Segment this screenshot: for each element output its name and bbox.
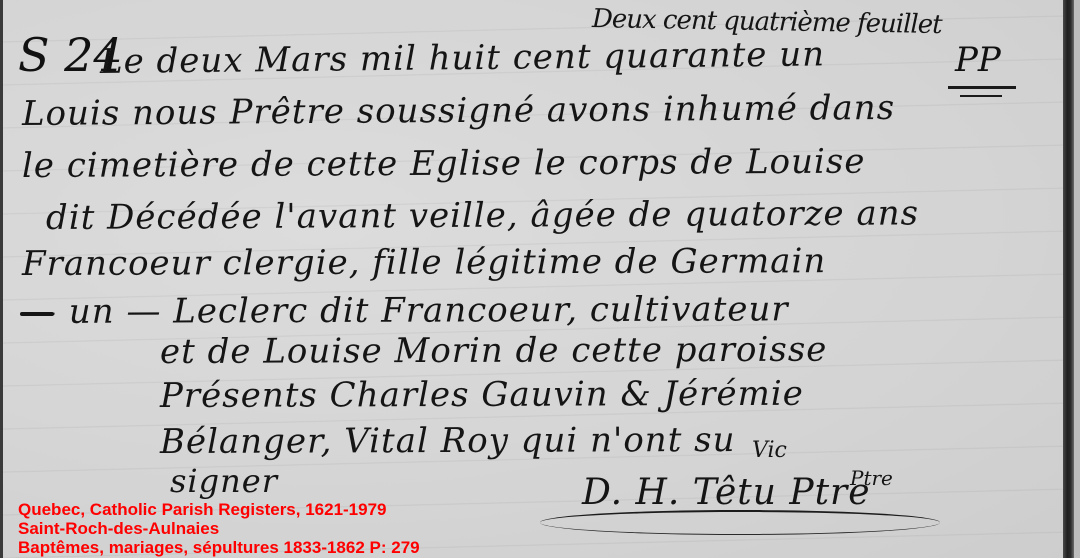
handwritten-line-3: le cimetière de cette Eglise le corps de… — [22, 142, 866, 186]
signature-annotation-vic: Vic — [752, 438, 787, 463]
handwritten-line-6: — un — Leclerc dit Francoeur, cultivateu… — [22, 289, 789, 332]
handwritten-line-10: signer — [170, 462, 278, 500]
folio-underline-secondary — [960, 95, 1002, 97]
caption-collection: Quebec, Catholic Parish Registers, 1621-… — [18, 500, 420, 519]
signature-flourish — [540, 510, 940, 535]
handwritten-line-9: Bélanger, Vital Roy qui n'ont su — [160, 420, 736, 462]
handwritten-line-7: et de Louise Morin de cette paroisse — [160, 330, 827, 372]
adjacent-page-edge — [1074, 0, 1080, 558]
page-left-edge — [0, 0, 3, 558]
scanned-register-page: Deux cent quatrième feuillet PP S 24 Le … — [0, 0, 1080, 558]
handwritten-line-8: Présents Charles Gauvin & Jérémie — [160, 374, 804, 416]
priest-signature: D. H. Têtu Ptre — [582, 472, 871, 513]
handwritten-line-1: Le deux Mars mil huit cent quarante un — [100, 34, 825, 82]
source-caption: Quebec, Catholic Parish Registers, 1621-… — [18, 500, 420, 557]
caption-parish: Saint-Roch-des-Aulnaies — [18, 519, 420, 538]
folio-mark: PP — [955, 40, 1001, 80]
folio-underline — [948, 86, 1016, 89]
caption-volume-page: Baptêmes, mariages, sépultures 1833-1862… — [18, 538, 420, 557]
handwritten-line-5: Francoeur clergie, fille légitime de Ger… — [22, 241, 826, 284]
line-dash-mark — [20, 312, 54, 316]
book-binding-gutter — [1063, 0, 1074, 558]
handwritten-line-4: dit Décédée l'avant veille, âgée de quat… — [46, 193, 919, 238]
handwritten-line-2: Louis nous Prêtre soussigné avons inhumé… — [22, 88, 895, 134]
